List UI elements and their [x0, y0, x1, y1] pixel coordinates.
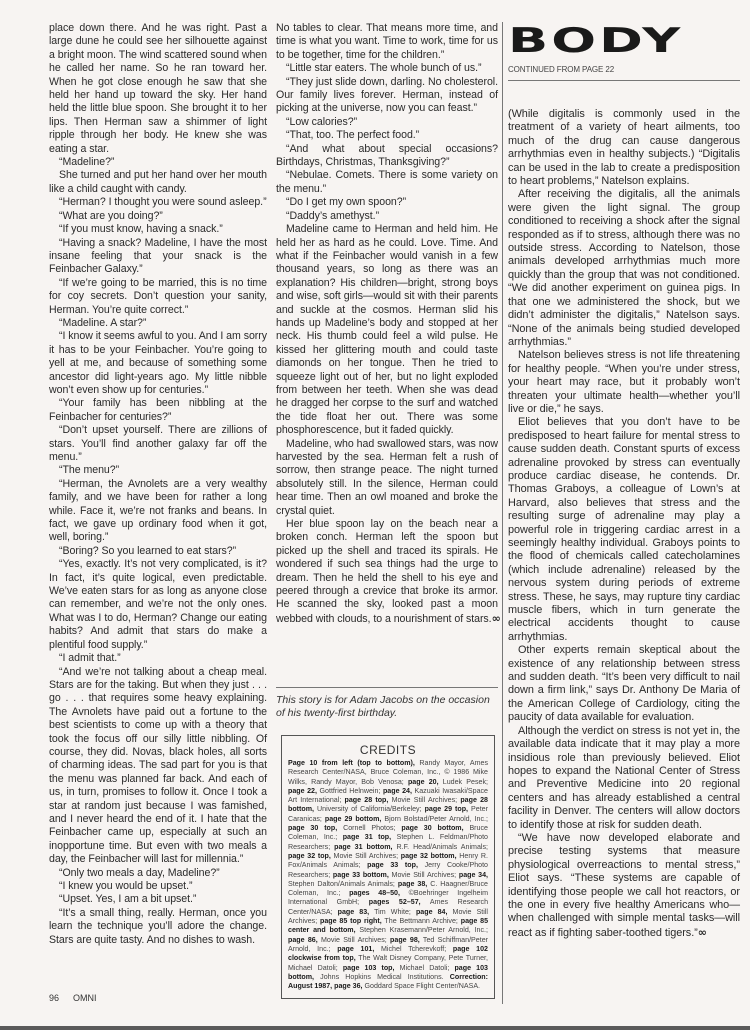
- credit-page-ref: Page 10 from left (top to bottom),: [288, 759, 415, 767]
- credit-page-ref: page 32 top,: [288, 852, 331, 860]
- credit-source: Movie Still Archives;: [388, 796, 460, 804]
- paragraph: “Only two meals a day, Madeline?”: [49, 867, 267, 880]
- continued-from-label: CONTINUED FROM PAGE 22: [508, 65, 614, 74]
- paragraph: “I knew you would be upset.”: [49, 880, 267, 893]
- scan-edge: [0, 1026, 750, 1030]
- paragraph: “Madeline. A star?”: [49, 317, 267, 330]
- credit-page-ref: page 101,: [337, 945, 374, 953]
- paragraph: “Upset. Yes, I am a bit upset.”: [49, 893, 267, 906]
- credits-body: Page 10 from left (top to bottom), Randy…: [288, 759, 488, 991]
- credit-page-ref: page 85 top right,: [320, 917, 382, 925]
- paragraph: Other experts remain skeptical about the…: [508, 644, 740, 724]
- credit-source: Movie Still Archives;: [318, 936, 390, 944]
- divider: [508, 80, 740, 81]
- paragraph: “Daddy’s amethyst.”: [276, 210, 498, 223]
- credit-source: Cornell Photos;: [337, 824, 401, 832]
- credit-page-ref: page 22,: [288, 787, 317, 795]
- paragraph: “I know it seems awful to you. And I am …: [49, 330, 267, 397]
- page-footer: 96OMNI: [49, 993, 97, 1003]
- paragraph: “Your family has been nibbling at the Fe…: [49, 397, 267, 424]
- credit-source: Ludek Pesek;: [439, 778, 488, 786]
- credit-source: Gottfried Helnwein;: [317, 787, 383, 795]
- credit-page-ref: page 86,: [288, 936, 318, 944]
- credit-source: The Bettmann Archive;: [382, 917, 461, 925]
- credit-page-ref: page 103 top,: [343, 964, 395, 972]
- credit-page-ref: page 33 bottom,: [333, 871, 389, 879]
- paragraph: “The menu?”: [49, 464, 267, 477]
- paragraph: “Low calories?”: [276, 116, 498, 129]
- paragraph: “They just slide down, darling. No chole…: [276, 76, 498, 116]
- publication-name: OMNI: [73, 993, 97, 1003]
- paragraph: “Herman? I thought you were sound asleep…: [49, 196, 267, 209]
- paragraph: “And what about special occasions? Birth…: [276, 143, 498, 170]
- credit-source: Stephen Krasemann/Peter Arnold, Inc.;: [356, 926, 488, 934]
- credit-page-ref: pages 52–57,: [369, 898, 421, 906]
- credit-page-ref: page 32 bottom,: [401, 852, 457, 860]
- paragraph: After receiving the digitalis, all the a…: [508, 188, 740, 349]
- article-column-right: (While digitalis is commonly used in the…: [508, 108, 740, 940]
- credit-page-ref: page 31 bottom,: [334, 843, 392, 851]
- paragraph: “Having a snack? Madeline, I have the mo…: [49, 237, 267, 277]
- paragraph: Her blue spoon lay on the beach near a b…: [276, 518, 498, 626]
- paragraph: No tables to clear. That means more time…: [276, 22, 498, 62]
- paragraph: “Boring? So you learned to eat stars?”: [49, 545, 267, 558]
- credit-source: Michael Datoli;: [395, 964, 455, 972]
- credit-source: Movie Still Archives;: [331, 852, 401, 860]
- paragraph: “Herman, the Avnolets are a very wealthy…: [49, 478, 267, 545]
- credit-page-ref: page 20,: [408, 778, 439, 786]
- credit-page-ref: page 28 top,: [345, 796, 389, 804]
- credit-source: Michel Tcherevkoff;: [374, 945, 453, 953]
- end-mark-icon: ∞: [698, 926, 704, 939]
- credits-title: CREDITS: [288, 736, 488, 757]
- end-mark-icon: ∞: [492, 612, 498, 625]
- magazine-page: place down there. And he was right. Past…: [0, 0, 750, 1026]
- credit-page-ref: pages 48–50,: [349, 889, 400, 897]
- paragraph: “Do I get my own spoon?”: [276, 196, 498, 209]
- credit-page-ref: page 38,: [398, 880, 427, 888]
- credits-box: CREDITS Page 10 from left (top to bottom…: [281, 735, 495, 999]
- section-logo-body: BODY: [508, 26, 683, 56]
- paragraph: place down there. And he was right. Past…: [49, 22, 267, 156]
- paragraph: “What are you doing?”: [49, 210, 267, 223]
- divider: [276, 687, 498, 688]
- credit-source: University of California/Berkeley;: [314, 805, 425, 813]
- paragraph: She turned and put her hand over her mou…: [49, 169, 267, 196]
- credit-source: Movie Still Archives;: [389, 871, 459, 879]
- credit-page-ref: page 29 top,: [425, 805, 468, 813]
- paragraph: “Madeline?”: [49, 156, 267, 169]
- paragraph: “Yes, exactly. It’s not very complicated…: [49, 558, 267, 652]
- paragraph: “Don’t upset yourself. There are zillion…: [49, 424, 267, 464]
- paragraph: “It’s a small thing, really. Herman, onc…: [49, 907, 267, 947]
- paragraph: Although the verdict on stress is not ye…: [508, 725, 740, 832]
- paragraph: “If you must know, having a snack.”: [49, 223, 267, 236]
- paragraph: “If we’re going to be married, this is n…: [49, 277, 267, 317]
- paragraph: “That, too. The perfect food.”: [276, 129, 498, 142]
- paragraph: Natelson believes stress is not life thr…: [508, 349, 740, 416]
- story-column-middle: No tables to clear. That means more time…: [276, 22, 498, 626]
- credit-page-ref: page 83,: [338, 908, 370, 916]
- story-column-left: place down there. And he was right. Past…: [49, 22, 267, 947]
- paragraph: (While digitalis is commonly used in the…: [508, 108, 740, 188]
- paragraph: Madeline came to Herman and held him. He…: [276, 223, 498, 438]
- dedication-note: This story is for Adam Jacobs on the occ…: [276, 694, 498, 720]
- paragraph: “And we’re not talking about a cheap mea…: [49, 666, 267, 867]
- credit-page-ref: page 24,: [383, 787, 412, 795]
- credit-source: Tim White;: [369, 908, 416, 916]
- credit-page-ref: page 30 bottom,: [401, 824, 463, 832]
- paragraph: Madeline, who had swallowed stars, was n…: [276, 438, 498, 518]
- paragraph: “Nebulae. Comets. There is some variety …: [276, 169, 498, 196]
- paragraph: “I admit that.”: [49, 652, 267, 665]
- credit-page-ref: page 84,: [416, 908, 448, 916]
- paragraph-text: “We have now developed elaborate and pre…: [508, 832, 740, 939]
- credit-page-ref: page 29 bottom,: [325, 815, 381, 823]
- paragraph: “Little star eaters. The whole bunch of …: [276, 62, 498, 75]
- credit-source: Stephen Dalton/Animals Animals;: [288, 880, 398, 888]
- column-divider: [502, 22, 503, 1004]
- credit-source: Bjorn Bolstad/Peter Arnold, Inc.;: [381, 815, 488, 823]
- credit-page-ref: page 33 top,: [367, 861, 418, 869]
- credit-source: R.F. Head/Animals Animals;: [393, 843, 488, 851]
- paragraph: “We have now developed elaborate and pre…: [508, 832, 740, 940]
- credit-page-ref: page 31 top,: [343, 833, 391, 841]
- credit-source: Johns Hopkins Medical Institutions.: [314, 973, 450, 981]
- credit-source: Goddard Space Flight Center/NASA.: [363, 982, 481, 990]
- page-number: 96: [49, 993, 59, 1003]
- paragraph-text: Her blue spoon lay on the beach near a b…: [276, 518, 498, 625]
- credit-page-ref: page 30 top,: [288, 824, 337, 832]
- credit-page-ref: page 34,: [459, 871, 488, 879]
- credit-page-ref: page 98,: [390, 936, 420, 944]
- paragraph: Eliot believes that you don’t have to be…: [508, 416, 740, 644]
